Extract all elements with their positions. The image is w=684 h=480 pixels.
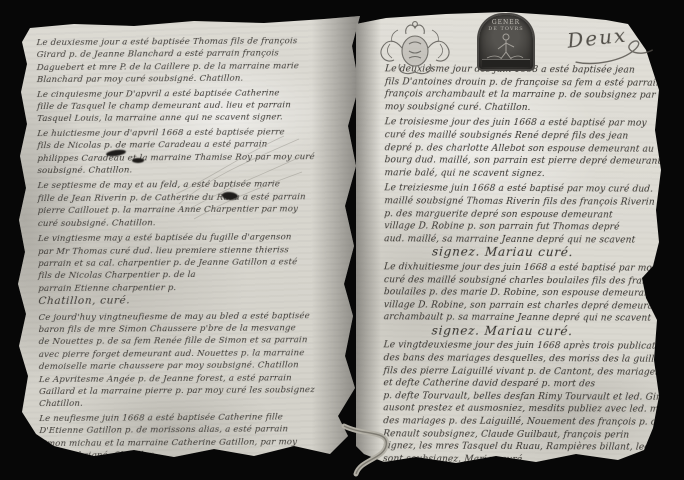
handwritten-line: sont soubsignez. Mariau curé. bbox=[383, 453, 662, 467]
register-page-left: Le deuxiesme jour a esté baptisée Thomas… bbox=[14, 16, 360, 464]
handwritten-line: bourg dud. maillé, son parrain est pierr… bbox=[384, 154, 663, 168]
stamp-text-line1: GENER bbox=[479, 19, 533, 26]
manuscript-photo: Le deuxiesme jour a esté baptisée Thomas… bbox=[0, 0, 684, 480]
handwritten-line: des bans des mariages desquelles, des mo… bbox=[383, 352, 662, 366]
stamp-figure-icon bbox=[479, 32, 533, 62]
handwritten-line: curé des maillé soubsignés René depré fi… bbox=[384, 129, 663, 143]
handwritten-line: Chatillon. bbox=[39, 396, 352, 411]
handwritten-line: marie balé, qui ne scavent signez. bbox=[384, 167, 663, 181]
handwritten-line: signez. Mariau curé. bbox=[431, 324, 662, 338]
handwritten-line: Tasquel Louis, la marraine anne qui ne s… bbox=[37, 111, 350, 126]
right-page-text: Le deuxiesme jour des juin 1668 a esté b… bbox=[383, 63, 663, 467]
handwritten-line: des mariages p. des Laiguillé, Nouement … bbox=[383, 415, 662, 429]
handwritten-line: boulailes p. des marie D. Robine, son es… bbox=[383, 286, 662, 300]
handwritten-line: curé soubsigné. Chatillon, bbox=[39, 448, 352, 463]
handwritten-line: et defte Catherine david desparé p. mort… bbox=[383, 378, 662, 392]
stamp-text-line2: DE TOVRS bbox=[479, 26, 533, 32]
handwritten-line: maillé soubsigné Thomas Riverin fils des… bbox=[384, 195, 663, 209]
scribble-marks-icon bbox=[174, 134, 304, 224]
left-page-text: Le deuxiesme jour a esté baptisée Thomas… bbox=[37, 35, 352, 463]
ink-blot bbox=[132, 158, 144, 163]
handwritten-line: signez, les mres Tasquel du Ruau, Rampiè… bbox=[383, 440, 662, 454]
handwritten-line: Blanchard par moy curé soubsigné. Chatil… bbox=[36, 72, 349, 87]
handwritten-line: village D. Robine p. son parrain fut Tho… bbox=[384, 220, 663, 234]
binding-cord-icon bbox=[340, 418, 406, 478]
handwritten-line: signez. Mariau curé. bbox=[432, 246, 663, 260]
armorial-stamp-icon bbox=[376, 18, 454, 80]
handwritten-line: moy soubsigné curé. Chatillon. bbox=[384, 101, 663, 115]
handwritten-line: Chatillon, curé. bbox=[38, 293, 351, 308]
generalite-stamp-icon: GENER DE TOVRS bbox=[479, 15, 533, 69]
handwritten-line: Le dixhuitiesme jour des juin 1668 a est… bbox=[384, 261, 663, 275]
stamp-bottom-band bbox=[482, 59, 530, 67]
handwritten-line: françois archambault et la marraine p. d… bbox=[384, 88, 663, 102]
